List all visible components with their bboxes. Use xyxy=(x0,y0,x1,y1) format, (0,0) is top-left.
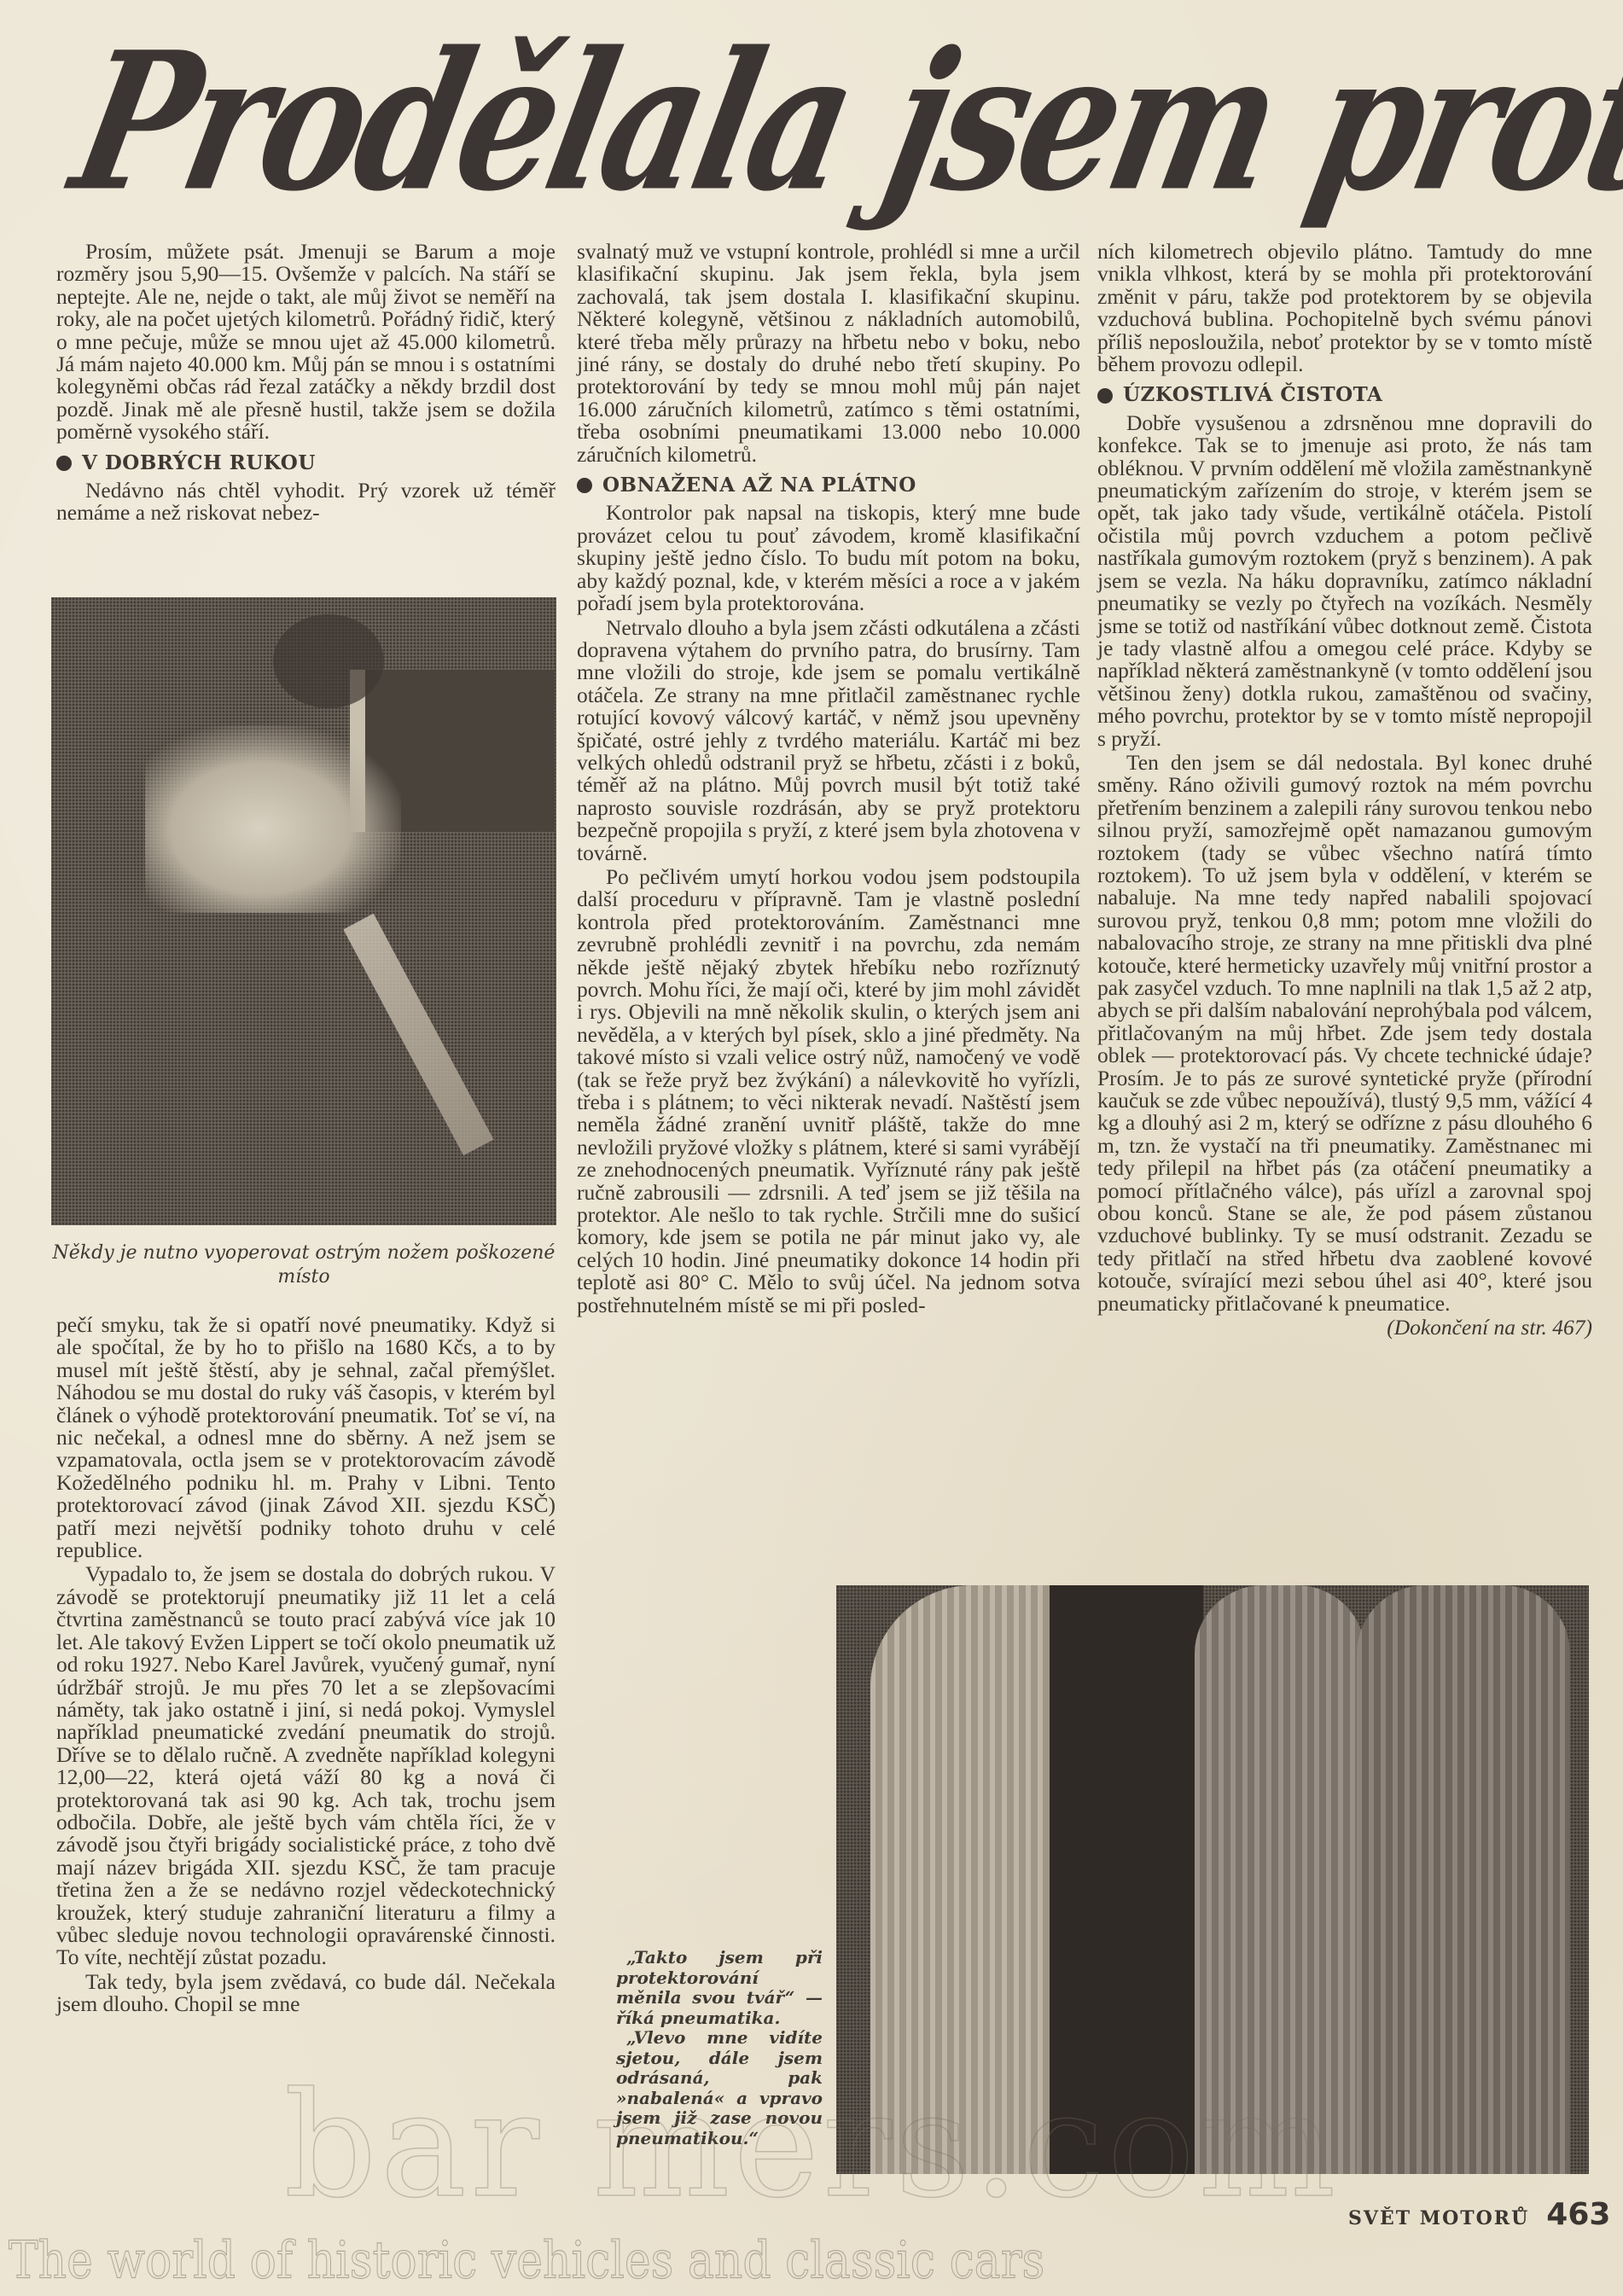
paragraph: Netrvalo dlouho a byla jsem zčásti odkut… xyxy=(577,617,1080,864)
column-3: ních kilometrech objevilo plátno. Tamtud… xyxy=(1097,241,1592,1340)
bullet-icon xyxy=(56,456,72,471)
bullet-icon xyxy=(577,478,592,493)
column-1-bottom: pečí smyku, tak že si opatří nové pneuma… xyxy=(56,1314,556,2018)
watermark-site: bar mers.com xyxy=(0,2073,1623,2218)
section-heading-text: OBNAŽENA AŽ NA PLÁTNO xyxy=(602,474,916,497)
section-heading-obnazena: OBNAŽENA AŽ NA PLÁTNO xyxy=(577,474,1080,497)
section-heading-v-dobrych-rukou: V DOBRÝCH RUKOU xyxy=(56,452,556,474)
continued-note: (Dokončení na str. 467) xyxy=(1387,1317,1592,1339)
section-heading-uzkostliva-cistota: ÚZKOSTLIVÁ ČISTOTA xyxy=(1097,384,1592,406)
article-headline: Prodělala jsem protektorování xyxy=(55,0,1608,245)
paragraph: Dobře vysušenou a zdrsněnou mne dopravil… xyxy=(1097,412,1592,750)
paragraph: ních kilometrech objevilo plátno. Tamtud… xyxy=(1097,241,1592,375)
paragraph: Nedávno nás chtěl vyhodit. Prý vzorek už… xyxy=(56,480,556,525)
column-1-top: Prosím, můžete psát. Jmenuji se Barum a … xyxy=(56,241,556,526)
watermark-tagline: The world of historic vehicles and class… xyxy=(9,2232,1118,2291)
paragraph: pečí smyku, tak že si opatří nové pneuma… xyxy=(56,1314,556,1561)
photo-worker-cutting-tire xyxy=(51,597,556,1225)
section-heading-text: V DOBRÝCH RUKOU xyxy=(82,452,316,474)
section-heading-text: ÚZKOSTLIVÁ ČISTOTA xyxy=(1123,384,1382,406)
paragraph: svalnatý muž ve vstupní kontrole, prohlé… xyxy=(577,241,1080,466)
bullet-icon xyxy=(1097,388,1113,404)
magazine-page: Prodělala jsem protektorování Prosím, mů… xyxy=(0,0,1623,2296)
paragraph: Tak tedy, byla jsem zvědavá, co bude dál… xyxy=(56,1971,556,2016)
paragraph: Po pečlivém umytí horkou vodou jsem pods… xyxy=(577,866,1080,1317)
intro-paragraph: Prosím, můžete psát. Jmenuji se Barum a … xyxy=(56,241,556,444)
paragraph: Ten den jsem se dál nedostala. Byl konec… xyxy=(1097,752,1592,1315)
column-2: svalnatý muž ve vstupní kontrole, prohlé… xyxy=(577,241,1080,1318)
photo-caption-1: Někdy je nutno vyoperovat ostrým nožem p… xyxy=(51,1241,556,1289)
paragraph: Vypadalo to, že jsem se dostala do dobrý… xyxy=(56,1563,556,1968)
caption-line: „Takto jsem při protektorování měnila sv… xyxy=(616,1948,823,2028)
paragraph: Kontrolor pak napsal na tiskopis, který … xyxy=(577,502,1080,614)
